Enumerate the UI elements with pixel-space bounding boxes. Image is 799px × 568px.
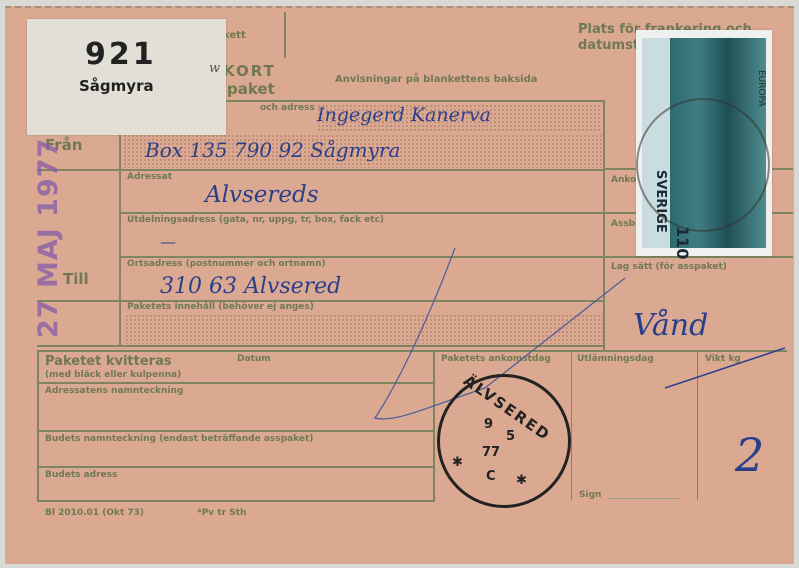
sign-line[interactable] [609,498,679,499]
delivery-address-label: Utdelningsadress (gata, nr, uppg, tr, bo… [127,215,384,225]
delivery-address-handwritten[interactable]: — [160,232,176,251]
label-town: Sågmyra [79,77,154,95]
sign-label: Sign [579,490,601,500]
divider [37,500,435,502]
stamp-series: EUROPA [756,70,766,107]
divider [119,170,121,346]
divider [119,134,121,170]
contents-label: Paketets innehåll (behöver ej anges) [127,302,314,312]
divider [284,12,286,58]
messenger-signature-label: Budets namnteckning (endast beträffande … [45,434,313,444]
postmark-code: C [486,469,496,484]
arrival-label-partial: Anko [611,175,636,185]
label-number: 921 [85,37,157,72]
title-partial-1: kett [223,30,246,41]
title-partial-3: paket [227,80,275,98]
sender-address-handwritten[interactable]: Box 135 790 92 Sågmyra [145,138,400,162]
postal-address-label: Ortsadress (postnummer och ortnamn) [127,259,326,269]
printer-code: *Pv tr Sth [197,508,246,518]
postal-address-handwritten[interactable]: 310 63 Alvsered [160,274,341,299]
recipient-heading: Till [63,270,89,288]
arrival-postmark: ÄLVSERED 9 5 77 C ✱ ✱ [437,374,571,508]
sender-name-label: och adress [260,103,315,113]
divider [119,212,605,214]
count-handwritten[interactable]: 2 [735,428,764,482]
receipt-subheading: (med bläck eller kulpenna) [45,370,181,380]
postmark-year: 77 [482,445,500,460]
cancellation-postmark [636,98,770,232]
title-partial-2: KORT [223,62,276,80]
date-label: Datum [237,354,271,364]
postmark-day: 9 [484,417,493,432]
sender-name-handwritten[interactable]: Ingegerd Kanerva [317,104,491,126]
star-icon: ✱ [516,473,527,488]
addressee-label: Adressat [127,172,172,182]
star-icon: ✱ [452,455,463,470]
violet-date-stamp: 27 MAJ 1977 [33,138,64,338]
divider [37,350,39,502]
messenger-address-label: Budets adress [45,470,117,480]
label-mark: w [209,61,220,76]
addressee-handwritten[interactable]: Alvsereds [205,182,319,208]
stamp-value: 110 [673,226,692,259]
form-number: Bl 2010.01 (Okt 73) [45,508,144,518]
postmark-month: 5 [506,429,515,444]
divider [37,430,435,432]
divider [37,466,435,468]
receipt-heading: Paketet kvitteras [45,354,172,369]
addressee-signature-label: Adressatens namnteckning [45,386,183,396]
post-office-label: 921 Sågmyra w [27,19,226,135]
divider [37,169,605,171]
pen-stroke [365,238,785,428]
instructions-text: Anvisningar på blankettens baksida [335,74,538,85]
